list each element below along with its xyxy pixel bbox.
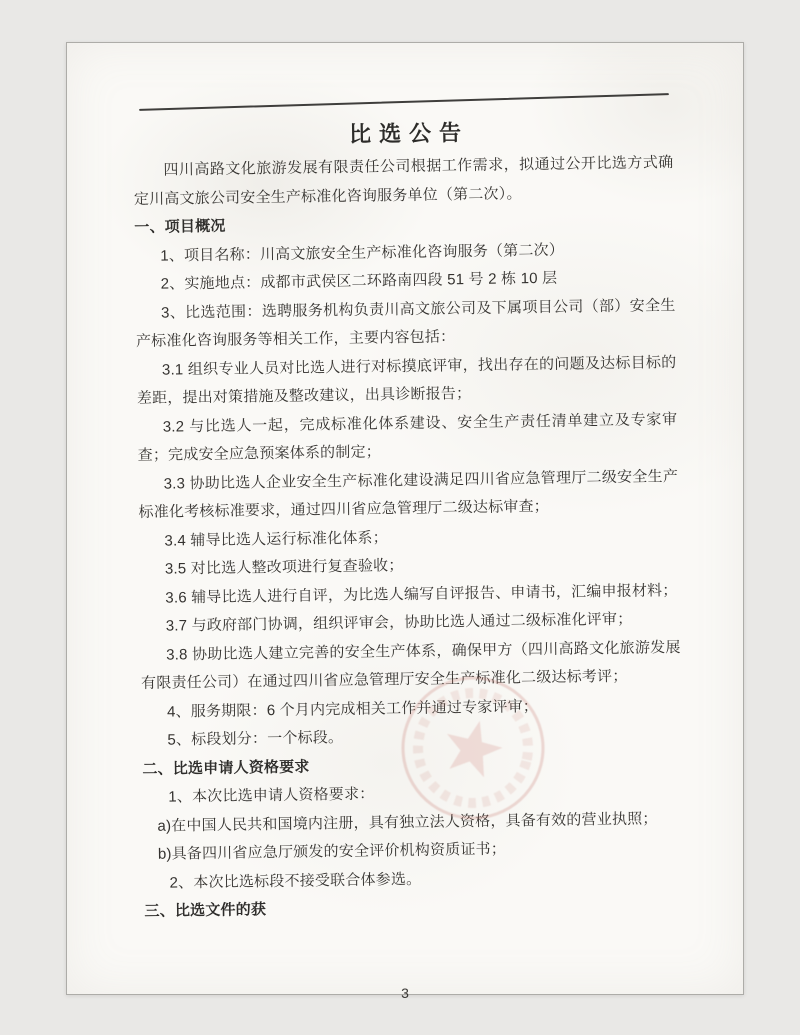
document-body: 四川高路文化旅游发展有限责任公司根据工作需求，拟通过公开比选方式确定川高文旅公司… [133, 149, 684, 926]
sections: 一、项目概况1、项目名称：川高文旅安全生产标准化咨询服务（第二次）2、实施地点：… [134, 206, 685, 926]
document-page: 比选公告 四川高路文化旅游发展有限责任公司根据工作需求，拟通过公开比选方式确定川… [66, 42, 744, 995]
list-item: 3.1 组织专业人员对比选人进行对标摸底评审，找出存在的问题及达标目标的差距，提… [136, 349, 677, 414]
intro-paragraph: 四川高路文化旅游发展有限责任公司根据工作需求，拟通过公开比选方式确定川高文旅公司… [133, 149, 674, 214]
list-item: 3、比选范围：选聘服务机构负责川高文旅公司及下属项目公司（部）安全生产标准化咨询… [135, 292, 676, 357]
list-item: 3.2 与比选人一起，完成标准化体系建设、安全生产责任清单建立及专家审查；完成安… [137, 406, 678, 471]
document-title: 比选公告 [67, 112, 743, 152]
page-number: 3 [67, 985, 743, 1001]
list-item: 3.8 协助比选人建立完善的安全生产体系，确保甲方（四川高路文化旅游发展有限责任… [140, 633, 681, 698]
header-rule-line [139, 93, 669, 111]
scan-background: { "document": { "title": "比选公告", "intro"… [0, 0, 800, 1035]
list-item: 3.3 协助比选人企业安全生产标准化建设满足四川省应急管理厅二级安全生产标准化考… [138, 462, 679, 527]
